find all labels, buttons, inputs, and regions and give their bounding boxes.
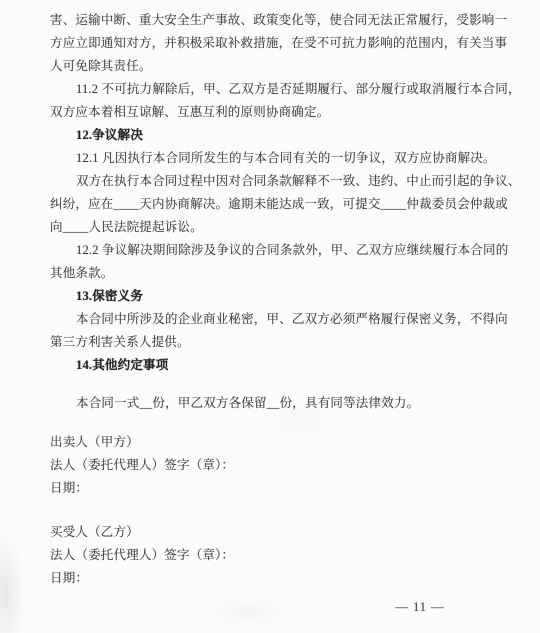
heading-14-other-matters: 14.其他约定事项 xyxy=(50,354,494,377)
para-12-2-line: 12.2 争议解决期间除涉及争议的合同条款外，甲、乙双方应继续履行本合同的 xyxy=(50,239,494,262)
contract-text-column: 害、运输中断、重大安全生产事故、政策变化等，使合同无法正常履行，受影响一 方应立… xyxy=(50,9,494,590)
seller-party-label: 出卖人（甲方） xyxy=(50,431,494,454)
para-copies-line: 本合同一式__份，甲乙双方各保留__份，具有同等法律效力。 xyxy=(50,392,494,415)
para-11-2-line: 双方应本着相互谅解、互惠互利的原则协商确定。 xyxy=(50,101,494,124)
buyer-date-label: 日期： xyxy=(50,567,494,590)
buyer-party-label: 买受人（乙方） xyxy=(50,521,494,544)
heading-13-confidentiality: 13.保密义务 xyxy=(50,285,494,308)
seller-date-label: 日期： xyxy=(50,477,494,500)
para-11-2-line: 11.2 不可抗力解除后，甲、乙双方是否延期履行、部分履行或取消履行本合同， xyxy=(50,78,494,101)
buyer-signature-label: 法人（委托代理人）签字（章）： xyxy=(50,544,494,567)
para-12-negotiation-line: 向____人民法院提起诉讼。 xyxy=(50,216,494,239)
page-number: — 11 — xyxy=(390,596,450,619)
heading-12-dispute-resolution: 12.争议解决 xyxy=(50,124,494,147)
para-12-negotiation-line: 纠纷，应在____天内协商解决。逾期未能达成一致，可提交____仲裁委员会仲裁或 xyxy=(50,193,494,216)
seller-signature-label: 法人（委托代理人）签字（章）： xyxy=(50,454,494,477)
contract-page-scan: 害、运输中断、重大安全生产事故、政策变化等，使合同无法正常履行，受影响一 方应立… xyxy=(0,0,540,633)
para-12-negotiation-line: 双方在执行本合同过程中因对合同条款解释不一致、违约、中止而引起的争议、 xyxy=(50,170,494,193)
para-force-majeure-line: 害、运输中断、重大安全生产事故、政策变化等，使合同无法正常履行，受影响一 xyxy=(50,9,494,32)
para-13-line: 第三方利害关系人提供。 xyxy=(50,331,494,354)
para-12-1-line: 12.1 凡因执行本合同所发生的与本合同有关的一切争议，双方应协商解决。 xyxy=(50,147,494,170)
para-force-majeure-line: 人可免除其责任。 xyxy=(50,55,494,78)
para-force-majeure-line: 方应立即通知对方，并积极采取补救措施，在受不可抗力影响的范围内，有关当事 xyxy=(50,32,494,55)
para-13-line: 本合同中所涉及的企业商业秘密，甲、乙双方必须严格履行保密义务，不得向 xyxy=(50,308,494,331)
para-12-2-line: 其他条款。 xyxy=(50,262,494,285)
